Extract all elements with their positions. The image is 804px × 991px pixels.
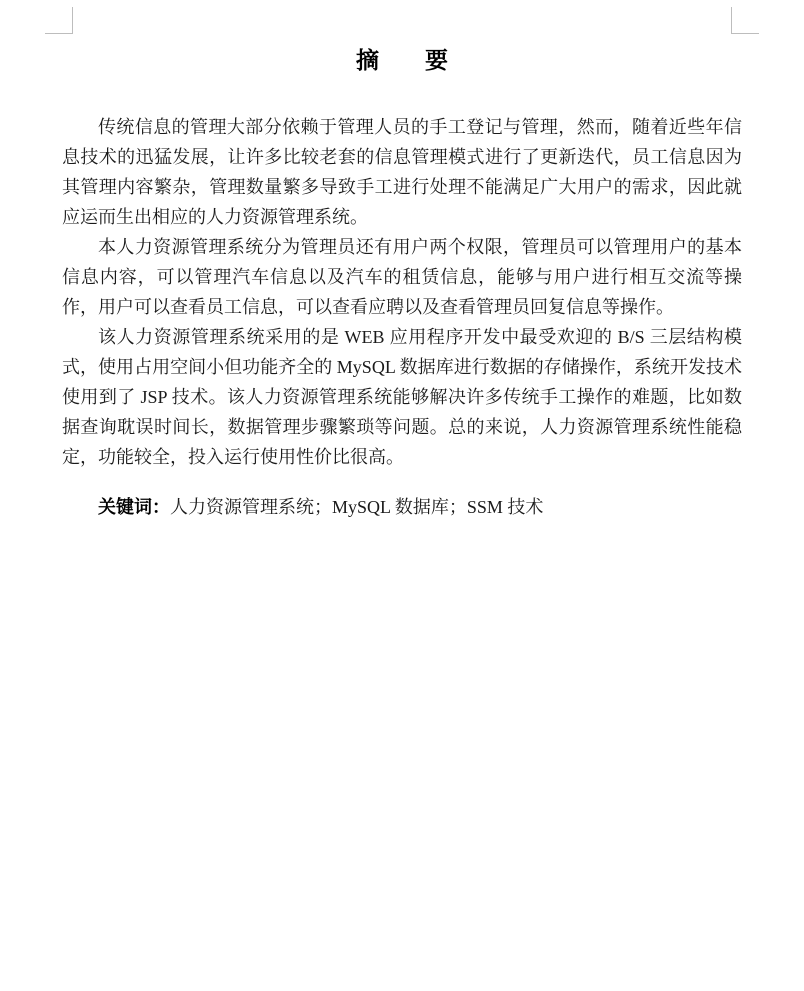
keywords-value: 人力资源管理系统；MySQL 数据库；SSM 技术 xyxy=(170,497,543,517)
document-page: 摘 要 传统信息的管理大部分依赖于管理人员的手工登记与管理，然而，随着近些年信息… xyxy=(0,0,804,991)
abstract-paragraph-2: 本人力资源管理系统分为管理员还有用户两个权限，管理员可以管理用户的基本信息内容，… xyxy=(62,232,742,322)
abstract-paragraph-3: 该人力资源管理系统采用的是 WEB 应用程序开发中最受欢迎的 B/S 三层结构模… xyxy=(62,322,742,472)
page-title: 摘 要 xyxy=(0,45,804,77)
crop-mark-top-right xyxy=(731,7,759,34)
abstract-body: 传统信息的管理大部分依赖于管理人员的手工登记与管理，然而，随着近些年信息技术的迅… xyxy=(62,112,742,522)
keywords-line: 关键词：人力资源管理系统；MySQL 数据库；SSM 技术 xyxy=(62,492,742,522)
abstract-paragraph-1: 传统信息的管理大部分依赖于管理人员的手工登记与管理，然而，随着近些年信息技术的迅… xyxy=(62,112,742,232)
crop-mark-top-left xyxy=(45,7,73,34)
keywords-label: 关键词： xyxy=(98,497,170,517)
